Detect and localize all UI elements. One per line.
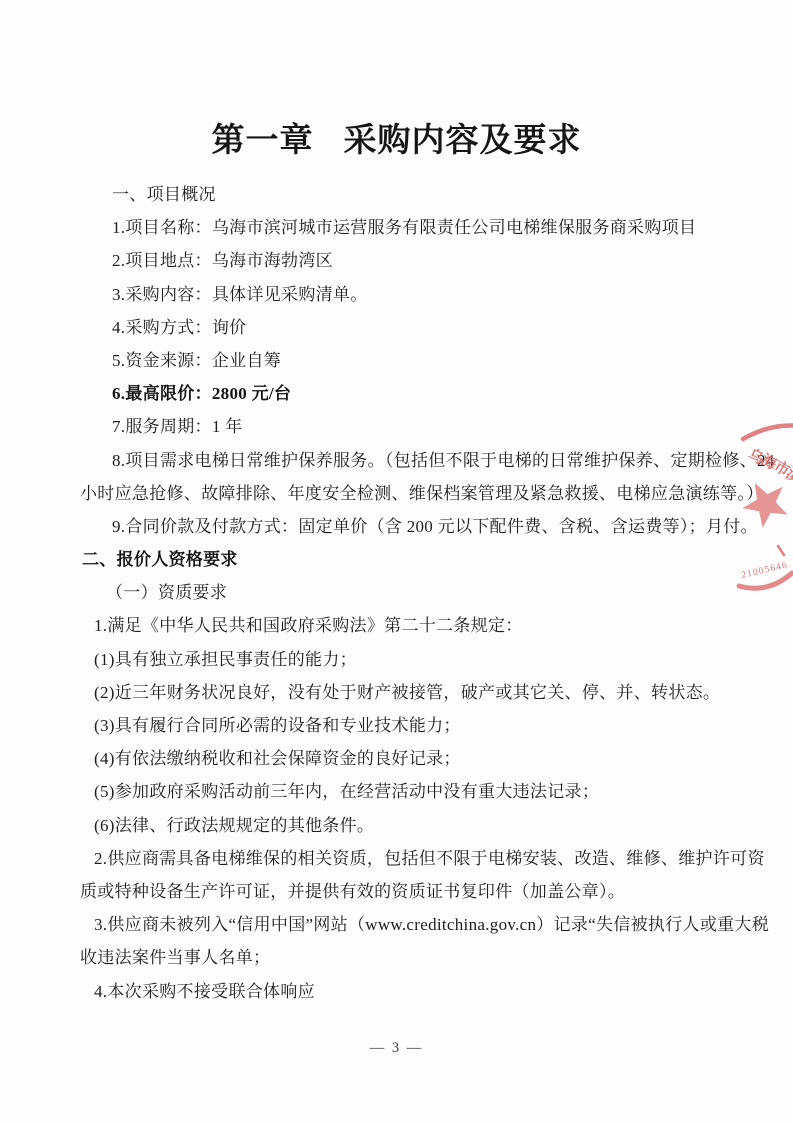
text-line: (2)近三年财务状况良好，没有处于财产被接管，破产或其它关、停、并、转状态。 (80, 676, 773, 709)
seal-tick-mark (778, 546, 784, 555)
text-line: (4)有依法缴纳税收和社会保障资金的良好记录； (80, 742, 773, 775)
document-body: 一、项目概况1.项目名称：乌海市滨河城市运营服务有限责任公司电梯维保服务商采购项… (80, 178, 773, 1008)
text-line: 6.最高限价：2800 元/台 (80, 377, 773, 410)
document-page: 第一章采购内容及要求 一、项目概况1.项目名称：乌海市滨河城市运营服务有限责任公… (0, 0, 793, 1123)
text-line: 小时应急抢修、故障排除、年度安全检测、维保档案管理及紧急救援、电梯应急演练等。） (80, 477, 773, 510)
text-line: 3.采购内容：具体详见采购清单。 (80, 278, 773, 311)
text-line: 7.服务周期：1 年 (80, 410, 773, 443)
text-line: 3.供应商未被列入“信用中国”网站（www.creditchina.gov.cn… (80, 908, 773, 941)
text-line: 2.供应商需具备电梯维保的相关资质，包括但不限于电梯安装、改造、维修、维护许可资 (80, 842, 773, 875)
text-line: 9.合同价款及付款方式：固定单价（含 200 元以下配件费、含税、含运费等）；月… (80, 510, 773, 543)
text-line: （一）资质要求 (80, 576, 773, 609)
text-line: 质或特种设备生产许可证，并提供有效的资质证书复印件（加盖公章）。 (80, 875, 773, 908)
text-line: 2.项目地点：乌海市海勃湾区 (80, 244, 773, 277)
text-line: 5.资金来源：企业自筹 (80, 344, 773, 377)
chapter-subject: 采购内容及要求 (344, 123, 582, 159)
text-line: (6)法律、行政法规规定的其他条件。 (80, 809, 773, 842)
text-line: 收违法案件当事人名单； (80, 941, 773, 974)
chapter-title: 第一章采购内容及要求 (0, 114, 793, 161)
seal-arc-char: 滨 (782, 464, 793, 488)
text-line: (3)具有履行合同所必需的设备和专业技术能力； (80, 709, 773, 742)
text-line: 4.本次采购不接受联合体响应 (80, 975, 773, 1008)
chapter-number: 第一章 (212, 123, 314, 159)
text-line: 8.项目需求电梯日常维护保养服务。（包括但不限于电梯的日常维护保养、定期检修、2… (80, 444, 773, 477)
text-line: 4.采购方式：询价 (80, 311, 773, 344)
text-line: 1.满足《中华人民共和国政府采购法》第二十二条规定： (80, 609, 773, 642)
text-line: (1)具有独立承担民事责任的能力； (80, 643, 773, 676)
text-line: 一、项目概况 (80, 178, 773, 211)
text-line: 二、报价人资格要求 (80, 543, 773, 576)
text-line: 1.项目名称：乌海市滨河城市运营服务有限责任公司电梯维保服务商采购项目 (80, 211, 773, 244)
page-number: — 3 — (0, 1040, 793, 1057)
text-line: (5)参加政府采购活动前三年内，在经营活动中没有重大违法记录； (80, 775, 773, 808)
